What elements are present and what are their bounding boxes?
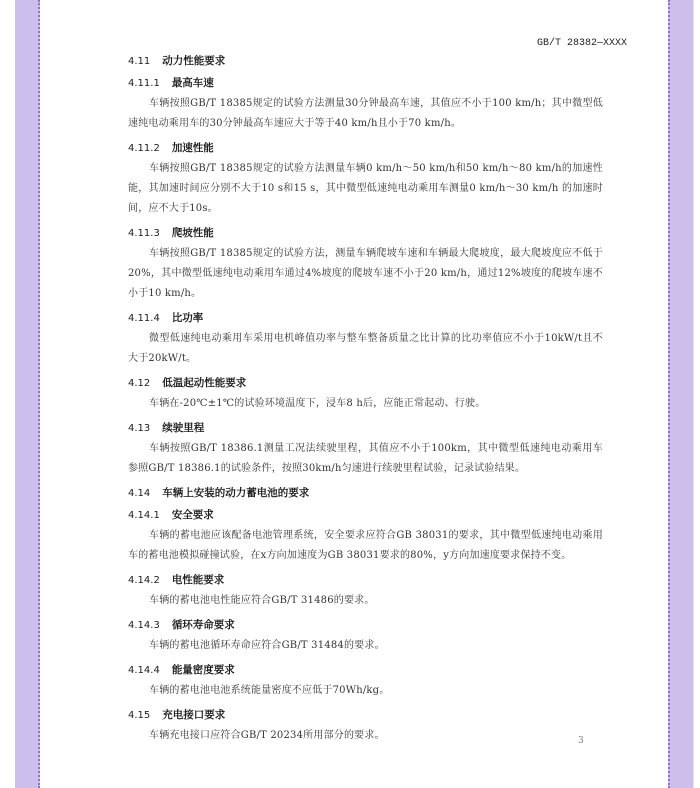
- document-body: 4.11动力性能要求 4.11.1最高车速 车辆按照GB/T 18385规定的试…: [128, 50, 603, 749]
- right-page-border: [668, 0, 694, 788]
- page-number: 3: [578, 736, 584, 746]
- paragraph: 车辆的蓄电池电池系统能量密度不应低于70Wh/kg。: [128, 681, 603, 701]
- section-heading: 4.12低温起动性能要求: [128, 372, 603, 394]
- left-page-border: [15, 0, 40, 788]
- subsection-heading: 4.14.3循环寿命要求: [128, 614, 603, 636]
- section-heading: 4.11动力性能要求: [128, 50, 603, 72]
- paragraph: 车辆按照GB/T 18385规定的试验方法测量30分钟最高车速，其值应不小于10…: [128, 94, 603, 134]
- paragraph: 车辆按照GB/T 18385规定的试验方法，测量车辆爬坡车速和车辆最大爬坡度，最…: [128, 244, 603, 304]
- subsection-heading: 4.11.1最高车速: [128, 72, 603, 94]
- paragraph: 车辆充电接口应符合GB/T 20234所用部分的要求。: [128, 726, 603, 746]
- section-heading: 4.15充电接口要求: [128, 704, 603, 726]
- paragraph: 车辆在-20℃±1℃的试验环境温度下，浸车8 h后，应能正常起动、行驶。: [128, 394, 603, 414]
- paragraph: 车辆按照GB/T 18385规定的试验方法测量车辆0 km/h～50 km/h和…: [128, 159, 603, 219]
- paragraph: 车辆的蓄电池应该配备电池管理系统，安全要求应符合GB 38031的要求，其中微型…: [128, 526, 603, 566]
- subsection-heading: 4.11.3爬坡性能: [128, 222, 603, 244]
- section-heading: 4.14车辆上安装的动力蓄电池的要求: [128, 482, 603, 504]
- paragraph: 车辆的蓄电池循环寿命应符合GB/T 31484的要求。: [128, 636, 603, 656]
- subsection-heading: 4.14.4能量密度要求: [128, 659, 603, 681]
- section-heading: 4.13续驶里程: [128, 417, 603, 439]
- paragraph: 车辆按照GB/T 18386.1测量工况法续驶里程，其值应不小于100km，其中…: [128, 439, 603, 479]
- paragraph: 车辆的蓄电池电性能应符合GB/T 31486的要求。: [128, 591, 603, 611]
- subsection-heading: 4.11.4比功率: [128, 307, 603, 329]
- subsection-heading: 4.11.2加速性能: [128, 137, 603, 159]
- document-code: GB/T 28382—XXXX: [537, 38, 627, 49]
- subsection-heading: 4.14.1安全要求: [128, 504, 603, 526]
- subsection-heading: 4.14.2电性能要求: [128, 569, 603, 591]
- paragraph: 微型低速纯电动乘用车采用电机峰值功率与整车整备质量之比计算的比功率值应不小于10…: [128, 329, 603, 369]
